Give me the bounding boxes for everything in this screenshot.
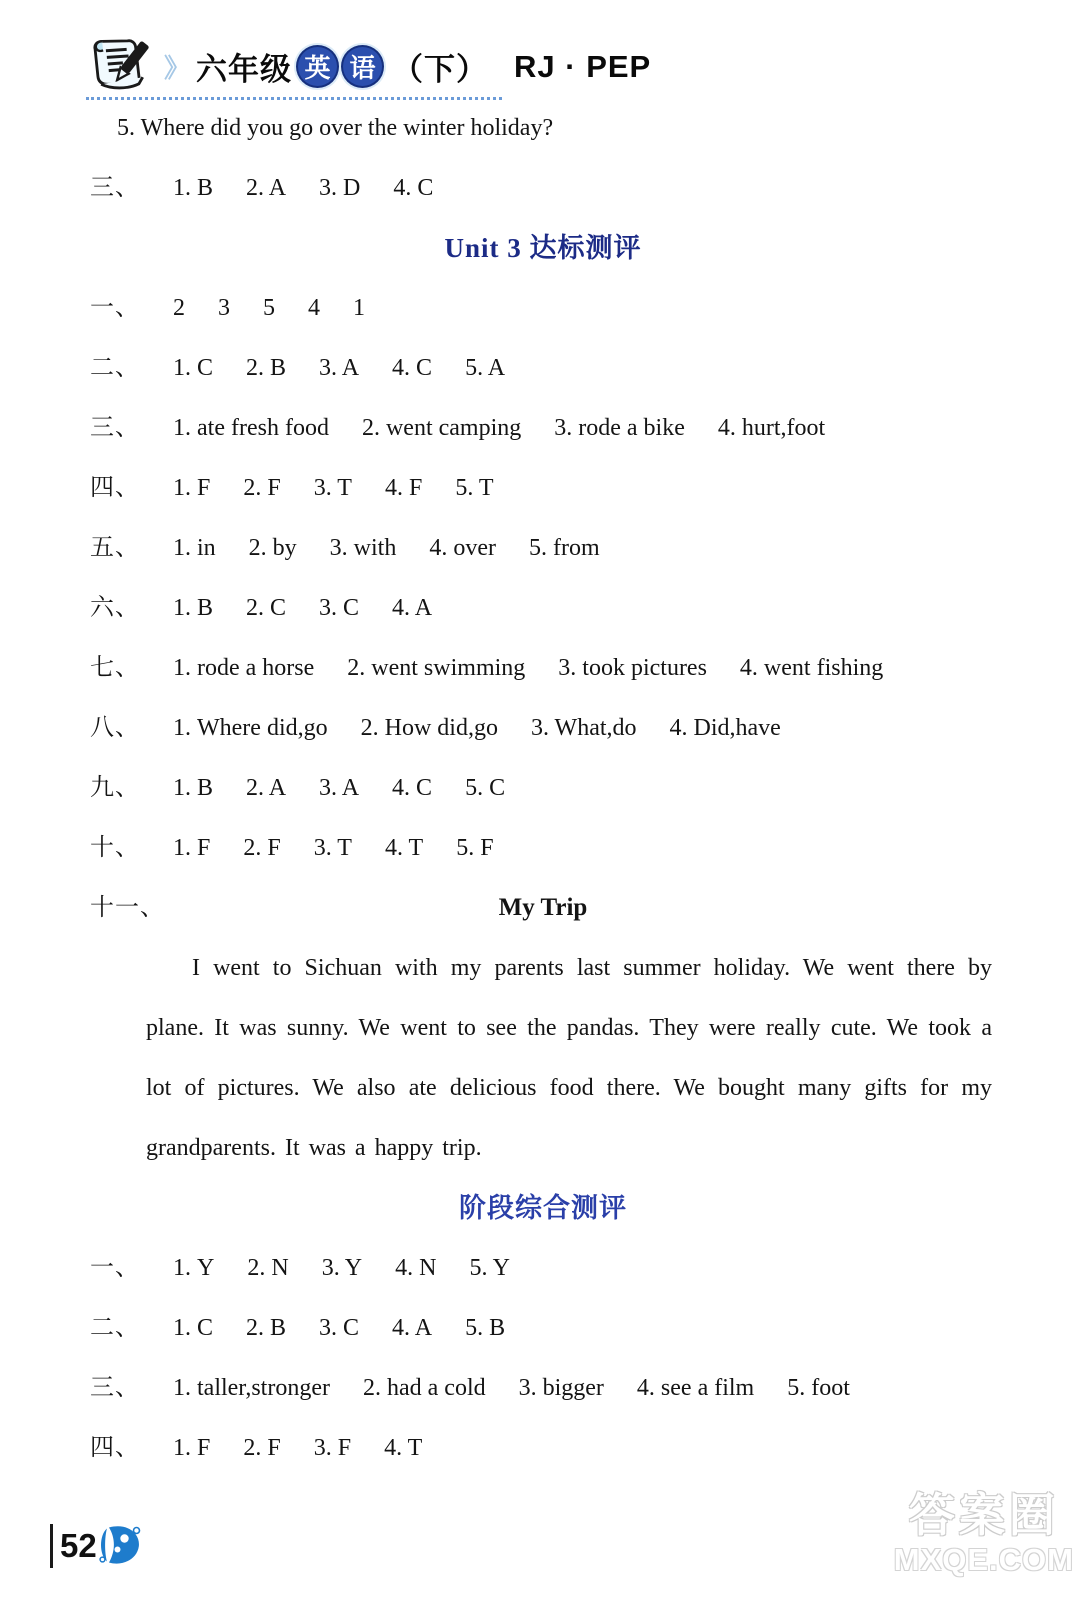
answer-item: 2. F	[243, 475, 280, 501]
answer-item: 4. over	[429, 535, 496, 561]
answer-item: 4. C	[392, 355, 432, 381]
answer-item: 1. taller,stronger	[173, 1375, 330, 1401]
answer-items: 1. F2. F3. F4. T	[140, 1435, 422, 1461]
answer-item: 3. What,do	[531, 715, 637, 741]
answer-item: 3. took pictures	[558, 655, 707, 681]
answer-item: 1. B	[173, 595, 213, 621]
answer-item: 5. B	[465, 1315, 505, 1341]
answer-item: 3. T	[314, 835, 352, 861]
answer-item: 5	[263, 295, 275, 321]
answer-line: 九、1. B2. A3. A4. C5. C	[90, 758, 996, 818]
answer-item: 4. hurt,foot	[718, 415, 825, 441]
answer-item: 4. C	[392, 775, 432, 801]
answer-items: 1. C2. B3. C4. A5. B	[140, 1315, 505, 1341]
answer-items: 1. in2. by3. with4. over5. from	[140, 535, 600, 561]
question-number-label: 三、	[90, 1375, 140, 1401]
answer-item: 1. Where did,go	[173, 715, 328, 741]
essay-paragraph: I went to Sichuan with my parents last s…	[146, 938, 992, 1178]
answers-content: 5. Where did you go over the winter holi…	[90, 98, 996, 1478]
question-number-label: 二、	[90, 355, 140, 381]
answer-item: 4	[308, 295, 320, 321]
fish-logo-icon	[95, 1524, 141, 1574]
answer-items: 1. ate fresh food2. went camping3. rode …	[140, 415, 825, 441]
answer-item: 3. A	[319, 355, 359, 381]
carryover-answer-line: 5. Where did you go over the winter holi…	[90, 98, 996, 158]
answer-item: 3. T	[314, 475, 352, 501]
answer-item: 1	[353, 295, 365, 321]
answer-item: 1. ate fresh food	[173, 415, 329, 441]
answer-item: 5. from	[529, 535, 600, 561]
answer-item: 3	[218, 295, 230, 321]
answer-item: 3. D	[319, 175, 360, 201]
answer-items: 1. Where did,go2. How did,go3. What,do4.…	[140, 715, 781, 741]
answer-item: 1. rode a horse	[173, 655, 314, 681]
answer-item: 3. rode a bike	[554, 415, 685, 441]
header-edition-label: RJ · PEP	[514, 49, 651, 85]
answer-item: 3. C	[319, 1315, 359, 1341]
question-number-label: 一、	[90, 1255, 140, 1281]
answer-line: 七、1. rode a horse2. went swimming3. took…	[90, 638, 996, 698]
answer-items: 1. Y2. N3. Y4. N5. Y	[140, 1255, 510, 1281]
answer-item: 5. T	[455, 475, 493, 501]
subject-badge: 英	[298, 47, 337, 86]
answer-item: 4. see a film	[637, 1375, 754, 1401]
answer-item: 4. T	[384, 1435, 422, 1461]
question-number-label: 三、	[90, 175, 140, 201]
answer-items: 1. F2. F3. T4. F5. T	[140, 475, 494, 501]
answer-line: 一、1. Y2. N3. Y4. N5. Y	[90, 1238, 996, 1298]
question-number-label: 一、	[90, 295, 140, 321]
answer-item: 2. had a cold	[363, 1375, 486, 1401]
answer-item: 1. F	[173, 835, 210, 861]
answer-item: 2. B	[246, 355, 286, 381]
answer-item: 2. B	[246, 1315, 286, 1341]
answer-item: 2. F	[243, 835, 280, 861]
answer-item: 5. Y	[469, 1255, 509, 1281]
answer-item: 1. B	[173, 175, 213, 201]
answer-line: 二、1. C2. B3. A4. C5. A	[90, 338, 996, 398]
answer-line: 三、1. B2. A3. D4. C	[90, 158, 996, 218]
question-number-label: 十、	[90, 835, 140, 861]
stage-answers: 一、1. Y2. N3. Y4. N5. Y 二、1. C2. B3. C4. …	[90, 1238, 996, 1478]
answer-line: 三、1. ate fresh food2. went camping3. rod…	[90, 398, 996, 458]
watermark-url: MXQE.COM	[894, 1542, 1074, 1578]
answer-item: 1. B	[173, 775, 213, 801]
answer-items: 1. B2. A3. D4. C	[140, 175, 433, 201]
stage-section-heading: 阶段综合测评	[90, 1178, 996, 1238]
answer-item: 2	[173, 295, 185, 321]
answer-item: 2. How did,go	[361, 715, 498, 741]
answer-item: 1. C	[173, 355, 213, 381]
header-subject-badges: 英语	[295, 47, 385, 86]
essay-title: My Trip	[499, 894, 588, 921]
answer-item: 5. C	[465, 775, 505, 801]
answer-items: 1. B2. C3. C4. A	[140, 595, 432, 621]
answer-item: 3. F	[314, 1435, 351, 1461]
question-number-label: 三、	[90, 415, 140, 441]
question-number-label: 五、	[90, 535, 140, 561]
answer-line: 八、1. Where did,go2. How did,go3. What,do…	[90, 698, 996, 758]
unit3-section-heading: Unit 3 达标测评	[90, 218, 996, 278]
answer-item: 2. A	[246, 775, 286, 801]
answer-item: 5. F	[456, 835, 493, 861]
page-number: 52	[50, 1524, 141, 1568]
answer-item: 1. C	[173, 1315, 213, 1341]
answer-item: 1. F	[173, 475, 210, 501]
site-watermark: 答案圈 MXQE.COM	[894, 1489, 1074, 1578]
watermark-brand: 答案圈	[894, 1489, 1074, 1542]
answer-item: 2. A	[246, 175, 286, 201]
answer-items: 1. taller,stronger2. had a cold3. bigger…	[140, 1375, 850, 1401]
question-number-label: 十一、	[90, 878, 165, 938]
scroll-pencil-icon	[88, 34, 154, 99]
answer-item: 3. Y	[322, 1255, 362, 1281]
question-number-label: 六、	[90, 595, 140, 621]
answer-items: 1. C2. B3. A4. C5. A	[140, 355, 505, 381]
answer-line: 十、1. F2. F3. T4. T5. F	[90, 818, 996, 878]
answer-items: 1. B2. A3. A4. C5. C	[140, 775, 505, 801]
answer-item: 2. F	[243, 1435, 280, 1461]
answer-item: 2. by	[249, 535, 297, 561]
answer-line: 四、1. F2. F3. F4. T	[90, 1418, 996, 1478]
answer-item: 4. F	[385, 475, 422, 501]
question-number-label: 四、	[90, 475, 140, 501]
answer-items: 23541	[140, 295, 365, 321]
question-number-label: 二、	[90, 1315, 140, 1341]
answer-item: 5. foot	[787, 1375, 850, 1401]
unit3-answers: 一、23541 二、1. C2. B3. A4. C5. A 三、1. ate …	[90, 278, 996, 878]
answer-line: 二、1. C2. B3. C4. A5. B	[90, 1298, 996, 1358]
question-number-label: 七、	[90, 655, 140, 681]
answer-item: 4. went fishing	[740, 655, 883, 681]
subject-badge: 语	[343, 47, 382, 86]
page-header: 》 六年级 英语 （下） RJ · PEP	[88, 34, 651, 99]
answer-item: 4. N	[395, 1255, 436, 1281]
answer-line: 五、1. in2. by3. with4. over5. from	[90, 518, 996, 578]
essay-title-line: 十一、 My Trip	[90, 878, 996, 938]
answer-item: 1. in	[173, 535, 216, 561]
answer-line: 一、23541	[90, 278, 996, 338]
answer-item: 1. Y	[173, 1255, 214, 1281]
answer-item: 2. went swimming	[347, 655, 525, 681]
answer-item: 2. N	[247, 1255, 288, 1281]
answer-item: 3. A	[319, 775, 359, 801]
answer-item: 2. C	[246, 595, 286, 621]
header-volume-label: （下）	[392, 44, 488, 89]
answer-item: 4. A	[392, 1315, 432, 1341]
header-grade-label: 六年级	[196, 44, 292, 89]
answer-item: 2. went camping	[362, 415, 521, 441]
answer-items: 1. F2. F3. T4. T5. F	[140, 835, 494, 861]
answer-item: 4. Did,have	[670, 715, 781, 741]
answer-line: 六、1. B2. C3. C4. A	[90, 578, 996, 638]
question-number-label: 九、	[90, 775, 140, 801]
answer-item: 4. T	[385, 835, 423, 861]
header-decoration: 》	[164, 48, 190, 85]
answer-item: 4. A	[392, 595, 432, 621]
question-number-label: 八、	[90, 715, 140, 741]
page-number-value: 52	[60, 1527, 97, 1565]
question-number-label: 四、	[90, 1435, 140, 1461]
answer-item: 1. F	[173, 1435, 210, 1461]
answer-line: 三、1. taller,stronger2. had a cold3. bigg…	[90, 1358, 996, 1418]
answer-item: 3. C	[319, 595, 359, 621]
answer-book-page: 》 六年级 英语 （下） RJ · PEP 5. Where did you g…	[0, 0, 1086, 1600]
answer-items: 1. rode a horse2. went swimming3. took p…	[140, 655, 883, 681]
answer-item: 5. A	[465, 355, 505, 381]
answer-item: 3. bigger	[519, 1375, 604, 1401]
answer-item: 4. C	[393, 175, 433, 201]
answer-item: 3. with	[330, 535, 397, 561]
answer-line: 四、1. F2. F3. T4. F5. T	[90, 458, 996, 518]
